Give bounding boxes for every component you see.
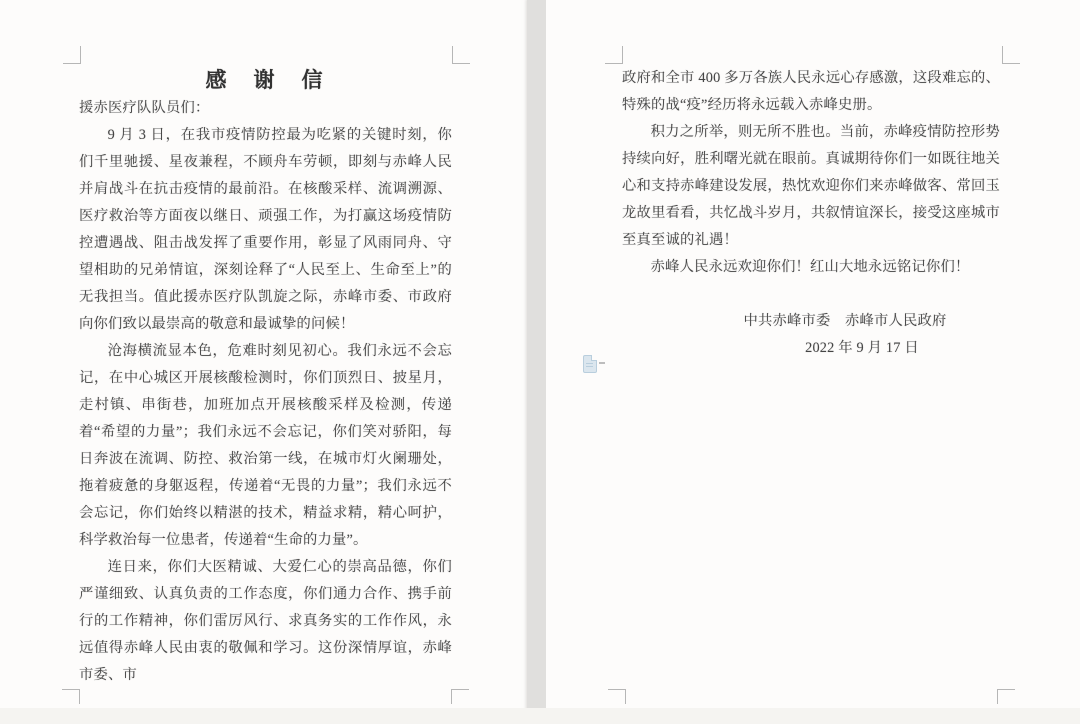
text-boundary-mark-top-right <box>1002 46 1020 64</box>
date-line: 2022 年 9 月 17 日 <box>673 335 1051 362</box>
text-boundary-mark-bottom-right <box>997 689 1015 704</box>
document-icon[interactable] <box>583 355 597 373</box>
bottom-edge-band <box>0 708 1080 724</box>
salutation: 援赤医疗队队员们： <box>79 95 452 122</box>
paragraph: 连日来，你们大医精诚、大爱仁心的崇高品德，你们严谨细致、认真负责的工作态度，你们… <box>79 554 452 689</box>
page-gutter <box>527 0 546 714</box>
floating-icon-group[interactable] <box>583 355 613 373</box>
text-boundary-mark-bottom-right <box>451 689 469 704</box>
signature-line: 中共赤峰市委 赤峰市人民政府 <box>656 308 1034 335</box>
page-2: 政府和全市 400 多万各族人民永远心存感激，这段难忘的、特殊的战“疫”经历将永… <box>546 0 1080 708</box>
paragraph: 积力之所举，则无所不胜也。当前，赤峰疫情防控形势持续向好，胜利曙光就在眼前。真诚… <box>622 119 1000 254</box>
page-1: 感 谢 信 援赤医疗队队员们： 9 月 3 日，在我市疫情防控最为吃紧的关键时刻… <box>0 0 528 708</box>
paragraph: 9 月 3 日，在我市疫情防控最为吃紧的关键时刻，你们千里驰援、星夜兼程，不顾舟… <box>79 122 452 338</box>
page-1-text-area: 感 谢 信 援赤医疗队队员们： 9 月 3 日，在我市疫情防控最为吃紧的关键时刻… <box>79 62 452 689</box>
text-boundary-mark-top-right <box>452 46 470 64</box>
page-2-text-area: 政府和全市 400 多万各族人民永远心存感激，这段难忘的、特殊的战“疫”经历将永… <box>622 62 1000 362</box>
text-boundary-mark-bottom-left <box>608 689 626 704</box>
page-title: 感 谢 信 <box>79 65 452 95</box>
paragraph: 沧海横流显本色，危难时刻见初心。我们永远不会忘记，在中心城区开展核酸检测时，你们… <box>79 338 452 554</box>
text-boundary-mark-top-left <box>605 46 623 64</box>
paragraph: 赤峰人民永远欢迎你们！红山大地永远铭记你们！ <box>622 254 1000 281</box>
text-boundary-mark-bottom-left <box>62 689 80 704</box>
document-viewer: 感 谢 信 援赤医疗队队员们： 9 月 3 日，在我市疫情防控最为吃紧的关键时刻… <box>0 0 1080 724</box>
paragraph: 政府和全市 400 多万各族人民永远心存感激，这段难忘的、特殊的战“疫”经历将永… <box>622 65 1000 119</box>
dash-icon <box>599 362 605 364</box>
